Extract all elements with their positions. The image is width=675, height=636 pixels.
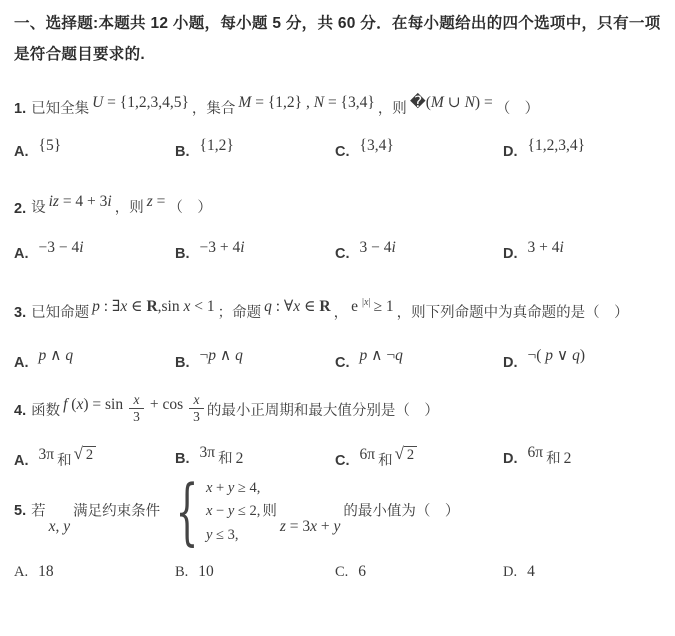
chinese-text: 已知全集: [31, 101, 89, 117]
option-label: D.: [503, 144, 518, 160]
chinese-text: （ ）: [168, 201, 212, 217]
option-1-a: A.{5}: [14, 133, 175, 165]
option-4-a: A.3π和√2: [14, 440, 175, 473]
option-content: 6: [355, 564, 369, 580]
option-label: D.: [503, 564, 517, 580]
option-label: C.: [335, 246, 350, 262]
chinese-text: 的最小正周期和最大值分别是（ ）: [207, 403, 439, 419]
option-content: p ∧ ¬q: [357, 355, 406, 371]
questions-container: 1.已知全集U = {1,2,3,4,5}，集合M = {1,2} , N = …: [14, 89, 661, 585]
option-4-c: C.6π和√2: [335, 440, 503, 473]
math-text: U = {1,2,3,4,5}: [92, 94, 189, 111]
options-5: A.18B.10C.6D.4: [14, 559, 661, 585]
option-content: {3,4}: [357, 144, 397, 160]
option-label: B.: [175, 564, 188, 580]
header-line-1: 一、选择题:本题共 12 小题，每小题 5 分，共 60 分．在每小题给出的四个…: [14, 8, 661, 39]
header-line-2: 是符合题目要求的.: [14, 39, 661, 70]
chinese-text: ，则: [378, 101, 407, 117]
option-4-b: B.3π和2: [175, 440, 335, 473]
constraint-line: x − y ≤ 2,: [206, 503, 260, 520]
option-1-b: B.{1,2}: [175, 133, 335, 165]
math-text: f (x) = sin: [63, 396, 123, 413]
options-2: A.−3 − 4iB.−3 + 4iC.3 − 4iD.3 + 4i: [14, 235, 661, 267]
math-text: x, y: [49, 518, 71, 535]
constraint-system: {x + y ≥ 4,x − y ≤ 2,y ≤ 3,: [164, 480, 260, 544]
option-content: 4: [524, 564, 538, 580]
option-3-a: A.p ∧ q: [14, 343, 175, 375]
option-label: C.: [335, 564, 348, 580]
math-text: 2: [564, 450, 572, 467]
radical-icon: √: [395, 444, 404, 463]
chinese-text: 和: [218, 451, 233, 467]
option-5-c: C.6: [335, 559, 503, 585]
options-3: A.p ∧ qB.¬p ∧ qC.p ∧ ¬qD.¬( p ∨ q): [14, 343, 661, 375]
option-3-c: C.p ∧ ¬q: [335, 343, 503, 375]
math-text: + cos: [150, 396, 183, 413]
superscript: |x|: [362, 297, 370, 308]
math-text: {1,2}: [200, 137, 234, 154]
chinese-text: ，则: [115, 201, 144, 217]
chinese-text: 的最小值为（ ）: [343, 503, 459, 519]
question-number: 1.: [14, 101, 26, 117]
math-text: 3π: [39, 446, 55, 463]
math-text: z =: [147, 193, 166, 210]
fraction-denominator: 3: [129, 408, 144, 426]
math-text: iz = 4 + 3i: [49, 193, 112, 210]
math-text: {5}: [39, 137, 62, 154]
option-label: C.: [335, 355, 350, 371]
math-text: −3 − 4i: [39, 239, 84, 256]
option-2-b: B.−3 + 4i: [175, 235, 335, 267]
chinese-text: ，集合: [192, 101, 236, 117]
fraction-numerator: x: [189, 392, 204, 409]
constraint-lines: x + y ≥ 4,x − y ≤ 2,y ≤ 3,: [206, 480, 260, 544]
chinese-text: 和: [546, 451, 561, 467]
option-content: 3π和√2: [36, 453, 99, 469]
option-label: A.: [14, 246, 29, 262]
chinese-text: ，: [334, 305, 349, 321]
option-content: ¬p ∧ q: [197, 355, 246, 371]
question-4: 4.函数f (x) = sinx3+ cosx3的最小正周期和最大值分别是（ ）: [14, 391, 661, 426]
math-text: 6π: [528, 444, 544, 461]
option-label: B.: [175, 144, 190, 160]
option-2-a: A.−3 − 4i: [14, 235, 175, 267]
option-content: 10: [195, 564, 217, 580]
option-5-d: D.4: [503, 559, 661, 585]
option-content: 18: [35, 564, 57, 580]
fraction: x3: [129, 392, 144, 427]
math-text: 3 + 4i: [528, 239, 564, 256]
option-1-d: D.{1,2,3,4}: [503, 133, 661, 165]
option-content: {1,2,3,4}: [525, 144, 589, 160]
chinese-text: 和: [57, 453, 72, 469]
option-content: p ∧ q: [36, 355, 77, 371]
section-header: 一、选择题:本题共 12 小题，每小题 5 分，共 60 分．在每小题给出的四个…: [14, 8, 661, 70]
math-text: M = {1,2} , N = {3,4}: [238, 94, 374, 111]
chinese-text: 和: [378, 453, 393, 469]
math-text: ≥ 1: [374, 298, 394, 315]
math-text: 3 − 4i: [360, 239, 396, 256]
fraction: x3: [189, 392, 204, 427]
math-text: p ∧ ¬q: [360, 347, 403, 364]
options-1: A.{5}B.{1,2}C.{3,4}D.{1,2,3,4}: [14, 133, 661, 165]
math-text: p ∧ q: [39, 347, 74, 364]
math-text: −3 + 4i: [200, 239, 245, 256]
chinese-text: 设: [31, 201, 46, 217]
option-2-d: D.3 + 4i: [503, 235, 661, 267]
option-content: 3 − 4i: [357, 246, 399, 262]
math-text: q : ∀x ∈ R: [264, 298, 331, 315]
option-content: −3 + 4i: [197, 246, 248, 262]
option-3-d: D.¬( p ∨ q): [503, 343, 661, 375]
question-2: 2.设iz = 4 + 3i，则z =（ ）: [14, 188, 661, 222]
option-content: 3 + 4i: [525, 246, 567, 262]
math-text: 18: [38, 563, 54, 580]
question-number: 4.: [14, 403, 26, 419]
math-text: ¬( p ∨ q): [528, 347, 586, 364]
math-text: 6: [358, 563, 366, 580]
constraint-line: x + y ≥ 4,: [206, 480, 260, 497]
constraint-line: y ≤ 3,: [206, 527, 260, 544]
chinese-text: 已知命题: [31, 305, 89, 321]
question-5: 5.若x, y满足约束条件{x + y ≥ 4,x − y ≤ 2,y ≤ 3,…: [14, 480, 661, 544]
sqrt-expression: √2: [74, 447, 97, 463]
question-3: 3.已知命题p : ∃x ∈ R,sin x < 1；命题q : ∀x ∈ R，…: [14, 293, 661, 327]
math-text: �(M ∪ N) =: [410, 94, 493, 111]
sqrt-expression: √2: [395, 447, 418, 463]
fraction-numerator: x: [129, 392, 144, 409]
question-number: 3.: [14, 305, 26, 321]
left-brace-icon: {: [176, 481, 199, 542]
math-text: {3,4}: [360, 137, 394, 154]
option-4-d: D.6π和2: [503, 440, 661, 473]
option-5-a: A.18: [14, 559, 175, 585]
option-label: A.: [14, 453, 29, 469]
option-content: 6π和√2: [357, 453, 420, 469]
replacement-glyph-icon: �: [410, 93, 426, 111]
option-label: D.: [503, 451, 518, 467]
radicand: 2: [83, 446, 96, 463]
radicand: 2: [404, 446, 417, 463]
math-text: 4: [527, 563, 535, 580]
math-text: 2: [236, 450, 244, 467]
option-content: 3π和2: [197, 451, 247, 467]
chinese-text: ；命题: [218, 305, 262, 321]
question-number: 2.: [14, 201, 26, 217]
math-text: e: [351, 298, 358, 315]
math-text: {1,2,3,4}: [528, 137, 586, 154]
math-text: 6π: [360, 446, 376, 463]
chinese-text: ，则下列命题中为真命题的是（ ）: [397, 305, 629, 321]
option-content: ¬( p ∨ q): [525, 355, 589, 371]
math-text: z = 3x + y: [280, 518, 341, 535]
option-content: {5}: [36, 144, 65, 160]
option-content: {1,2}: [197, 144, 237, 160]
option-label: C.: [335, 144, 350, 160]
question-number: 5.: [14, 503, 26, 519]
chinese-text: 则: [262, 503, 277, 519]
option-label: A.: [14, 564, 28, 580]
chinese-text: 函数: [31, 403, 60, 419]
option-5-b: B.10: [175, 559, 335, 585]
math-text: ¬p ∧ q: [200, 347, 243, 364]
radical-icon: √: [74, 444, 83, 463]
question-1: 1.已知全集U = {1,2,3,4,5}，集合M = {1,2} , N = …: [14, 89, 661, 123]
chinese-text: 满足约束条件: [73, 503, 160, 519]
option-label: C.: [335, 453, 350, 469]
chinese-text: 若: [31, 503, 46, 519]
option-label: A.: [14, 144, 29, 160]
options-4: A.3π和√2B.3π和2C.6π和√2D.6π和2: [14, 440, 661, 473]
option-label: B.: [175, 246, 190, 262]
option-label: B.: [175, 355, 190, 371]
option-content: −3 − 4i: [36, 246, 87, 262]
exam-page: 一、选择题:本题共 12 小题，每小题 5 分，共 60 分．在每小题给出的四个…: [0, 0, 675, 585]
option-label: D.: [503, 246, 518, 262]
option-content: 6π和2: [525, 451, 575, 467]
chinese-text: （ ）: [496, 101, 540, 117]
option-1-c: C.{3,4}: [335, 133, 503, 165]
option-2-c: C.3 − 4i: [335, 235, 503, 267]
math-text: p : ∃x ∈ R,sin x < 1: [92, 298, 215, 315]
fraction-denominator: 3: [189, 408, 204, 426]
math-text: 3π: [200, 444, 216, 461]
option-3-b: B.¬p ∧ q: [175, 343, 335, 375]
option-label: D.: [503, 355, 518, 371]
option-label: B.: [175, 451, 190, 467]
math-text: 10: [198, 563, 214, 580]
option-label: A.: [14, 355, 29, 371]
